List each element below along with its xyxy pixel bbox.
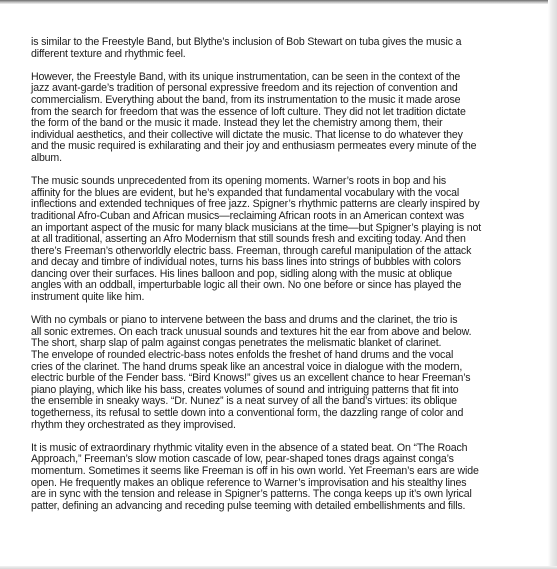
text-line: togetherness, its refusal to settle down… — [31, 408, 501, 420]
text-line: rhythm they orchestrated as they improvi… — [31, 420, 501, 432]
text-line: momentum. Sometimes it seems like Freema… — [31, 466, 501, 478]
text-line: album. — [31, 153, 501, 165]
text-line: is similar to the Freestyle Band, but Bl… — [31, 37, 501, 49]
text-line: The music sounds unprecedented from its … — [31, 176, 501, 188]
text-line: The envelope of rounded electric-bass no… — [31, 350, 501, 362]
scan-top-edge — [0, 0, 557, 4]
paragraph-5: It is music of extraordinary rhythmic vi… — [31, 443, 501, 513]
paragraph-4: With no cymbals or piano to intervene be… — [31, 315, 501, 431]
text-line: are in sync with the tension and release… — [31, 489, 501, 501]
text-line: at all traditional, asserting an Afro Mo… — [31, 234, 501, 246]
text-line: the form of the band or the music it mad… — [31, 118, 501, 130]
scan-right-edge — [548, 0, 557, 569]
text-line: instrument quite like him. — [31, 292, 501, 304]
text-line: commercialism. Everything about the band… — [31, 95, 501, 107]
text-line: traditional Afro-Cuban and African music… — [31, 211, 501, 223]
text-line: different texture and rhythmic feel. — [31, 49, 501, 61]
paragraph-2: However, the Freestyle Band, with its un… — [31, 72, 501, 165]
body-text: is similar to the Freestyle Band, but Bl… — [31, 37, 501, 524]
text-line: and the music required is exhilarating a… — [31, 141, 501, 153]
scanned-page: is similar to the Freestyle Band, but Bl… — [0, 0, 557, 569]
paragraph-3: The music sounds unprecedented from its … — [31, 176, 501, 304]
text-line: patter, defining an advancing and recedi… — [31, 501, 501, 513]
paragraph-1: is similar to the Freestyle Band, but Bl… — [31, 37, 501, 60]
